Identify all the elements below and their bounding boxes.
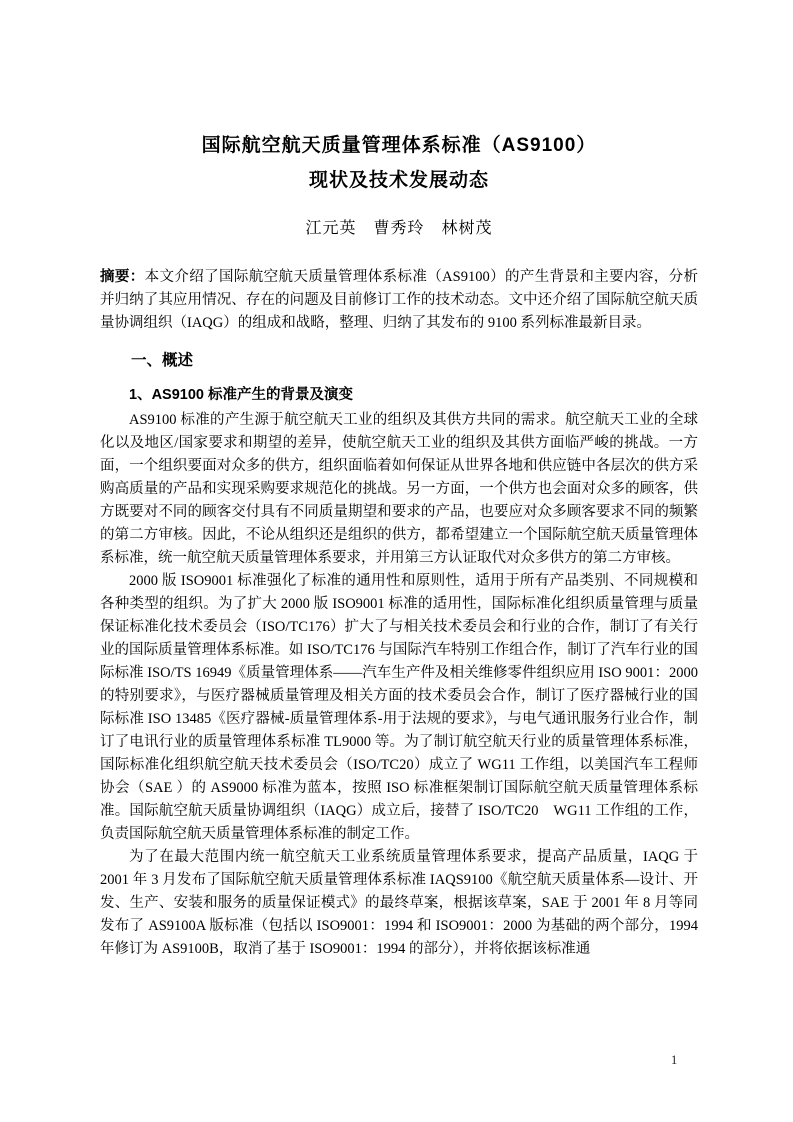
document-page: 国际航空航天质量管理体系标准（AS9100） 现状及技术发展动态 江元英 曹秀玲… [0, 0, 793, 1122]
body-paragraph-3: 为了在最大范围内统一航空航天工业系统质量管理体系要求，提高产品质量，IAQG 于… [100, 846, 698, 961]
title-line-1: 国际航空航天质量管理体系标准（AS9100） [100, 128, 698, 163]
abstract-paragraph: 摘要：本文介绍了国际航空航天质量管理体系标准（AS9100）的产生背景和主要内容… [100, 266, 698, 335]
section-heading-overview: 一、概述 [100, 349, 698, 372]
document-title: 国际航空航天质量管理体系标准（AS9100） 现状及技术发展动态 [100, 128, 698, 198]
abstract-label: 摘要： [100, 269, 145, 285]
subsection-heading-background: 1、AS9100 标准产生的背景及演变 [100, 384, 698, 407]
body-paragraph-1: AS9100 标准的产生源于航空航天工业的组织及其供方共同的需求。航空航天工业的… [100, 409, 698, 570]
abstract-text: 本文介绍了国际航空航天质量管理体系标准（AS9100）的产生背景和主要内容，分析… [100, 269, 698, 331]
title-line-2: 现状及技术发展动态 [100, 163, 698, 198]
authors-line: 江元英 曹秀玲 林树茂 [100, 218, 698, 240]
page-number: 1 [671, 1052, 677, 1068]
body-paragraph-2: 2000 版 ISO9001 标准强化了标准的通用性和原则性，适用于所有产品类别… [100, 570, 698, 846]
page-content: 国际航空航天质量管理体系标准（AS9100） 现状及技术发展动态 江元英 曹秀玲… [100, 0, 698, 961]
